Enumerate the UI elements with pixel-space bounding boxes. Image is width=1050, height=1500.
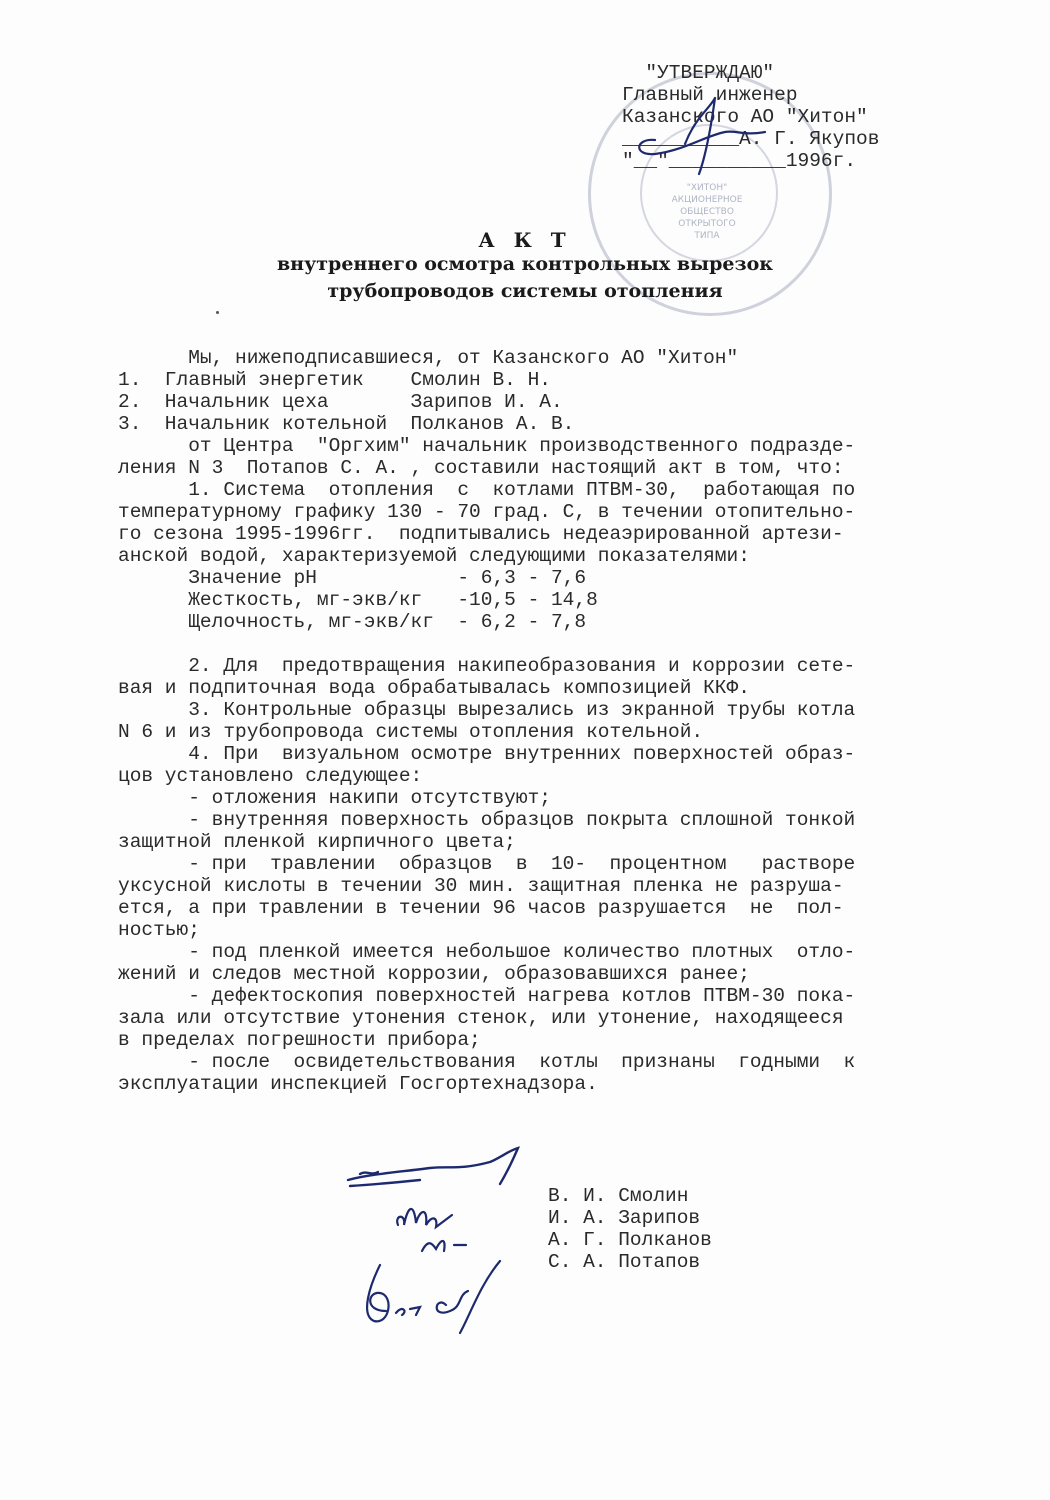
body-line: N 6 и из трубопровода системы отопления … (118, 721, 703, 743)
body-line: от Центра "Оргхим" начальник производств… (118, 435, 855, 457)
body-line: эксплуатации инспекцией Госгортехнадзора… (118, 1073, 598, 1095)
document-subtitle: трубопроводов системы отопления (0, 280, 1050, 302)
body-line: жений и следов местной коррозии, образов… (118, 963, 750, 985)
body-line: вая и подпиточная вода обрабатывалась ко… (118, 677, 750, 699)
signatory-name: В. И. Смолин (548, 1185, 712, 1207)
body-line: 3. Контрольные образцы вырезались из экр… (118, 699, 855, 721)
body-line: защитной пленкой кирпичного цвета; (118, 831, 516, 853)
body-line: анской водой, характеризуемой следующими… (118, 545, 750, 567)
stray-mark (216, 311, 219, 314)
signatory-name: А. Г. Полканов (548, 1229, 712, 1251)
body-line: 1. Система отопления с котлами ПТВМ-30, … (118, 479, 855, 501)
signatory-name: И. А. Зарипов (548, 1207, 712, 1229)
body-line: Значение pH - 6,3 - 7,6 (118, 567, 586, 589)
body-line: Щелочность, мг-экв/кг - 6,2 - 7,8 (118, 611, 586, 633)
body-line: го сезона 1995-1996гг. подпитывались нед… (118, 523, 844, 545)
signature-smolin (340, 1140, 560, 1200)
body-line: ется, а при травлении в течении 96 часов… (118, 897, 844, 919)
body-line: цов установлено следующее: (118, 765, 422, 787)
stamp-line: АКЦИОНЕРНОЕ (648, 194, 766, 206)
body-line: Жесткость, мг-экв/кг -10,5 - 14,8 (118, 589, 598, 611)
body-line: ностью; (118, 919, 200, 941)
document-subtitle: внутреннего осмотра контрольных вырезок (0, 253, 1050, 275)
body-line: 2. Для предотвращения накипеобразования … (118, 655, 855, 677)
body-line: 3. Начальник котельной Полканов А. В. (118, 413, 574, 435)
body-line: температурному графику 130 - 70 град. С,… (118, 501, 855, 523)
approval-line: "УТВЕРЖДАЮ" (622, 62, 879, 84)
body-line: уксусной кислоты в течении 30 мин. защит… (118, 875, 844, 897)
body-line: - после освидетельствования котлы призна… (118, 1051, 855, 1073)
stamp-line: ОБЩЕСТВО (648, 206, 766, 218)
body-line: ления N 3 Потапов С. А. , составили наст… (118, 457, 844, 479)
body-line: - при травлении образцов в 10- процентно… (118, 853, 855, 875)
chief-engineer-signature (615, 88, 795, 178)
body-line: в пределах погрешности прибора; (118, 1029, 481, 1051)
document-page: "ХИТОН" АКЦИОНЕРНОЕ ОБЩЕСТВО ОТКРЫТОГО Т… (0, 0, 1050, 1500)
stamp-line: "ХИТОН" (648, 182, 766, 194)
body-line: - под пленкой имеется небольшое количест… (118, 941, 855, 963)
body-line: 4. При визуальном осмотре внутренних пов… (118, 743, 855, 765)
body-line: зала или отсутствие утонения стенок, или… (118, 1007, 844, 1029)
signature-polkanov (350, 1255, 530, 1335)
body-line: - внутренняя поверхность образцов покрыт… (118, 809, 855, 831)
body-line: - дефектоскопия поверхностей нагрева кот… (118, 985, 855, 1007)
signatory-name: С. А. Потапов (548, 1251, 712, 1273)
body-line: - отложения накипи отсутствуют; (118, 787, 551, 809)
body-line: 1. Главный энергетик Смолин В. Н. (118, 369, 551, 391)
signatory-list: В. И. Смолин И. А. Зарипов А. Г. Полкано… (548, 1185, 712, 1273)
body-line: 2. Начальник цеха Зарипов И. А. (118, 391, 563, 413)
document-heading: А К Т (0, 228, 1050, 252)
body-line: Мы, нижеподписавшиеся, от Казанского АО … (118, 347, 738, 369)
